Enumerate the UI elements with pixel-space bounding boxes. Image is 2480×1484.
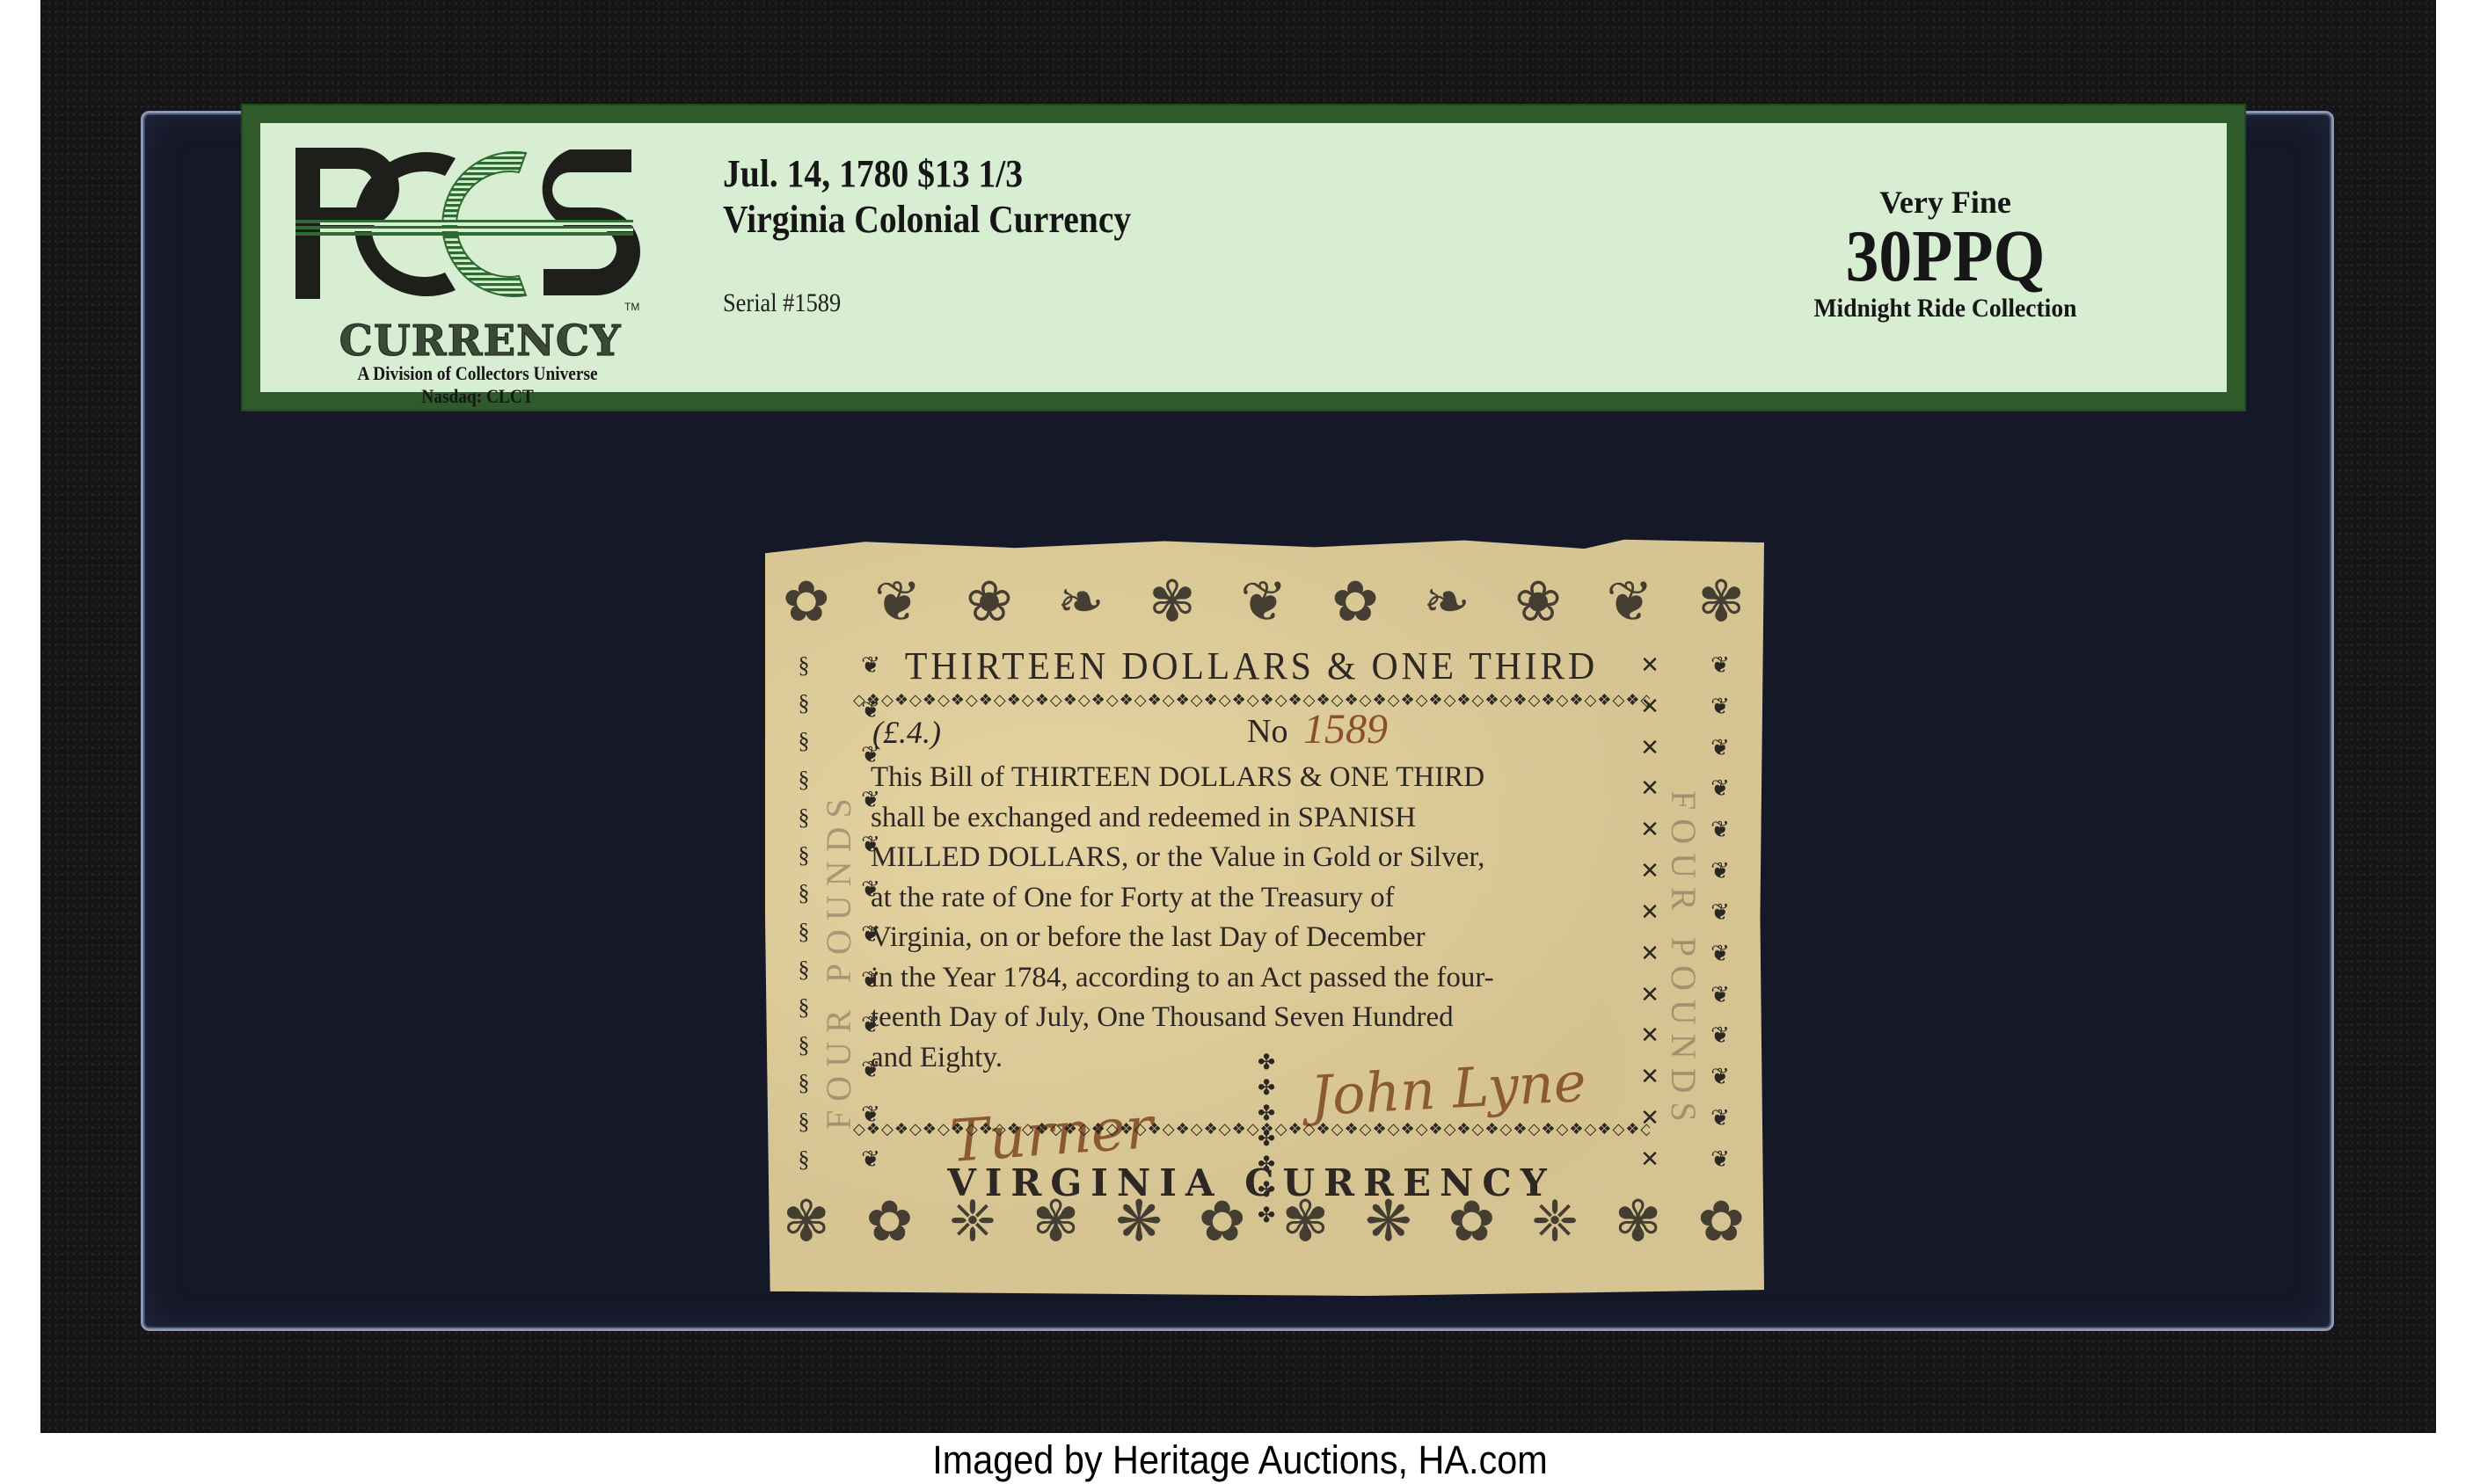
top-floral-border: ✿ ❦ ❀ ❧ ✾ ❦ ✿ ❧ ❀ ❦ ✾ xyxy=(783,554,1747,651)
scroll-ornament-icon: ❈ xyxy=(949,1189,998,1255)
denomination-mark: (£.4.) xyxy=(872,714,941,751)
division-line: A Division of Collectors Universe xyxy=(311,362,644,385)
flower-ornament-icon: ✿ xyxy=(1697,1189,1747,1255)
flower-ornament-icon: ✾ xyxy=(783,1189,832,1255)
image-credit-caption: Imaged by Heritage Auctions, HA.com xyxy=(99,1437,2381,1484)
body-line: Virginia, on or before the last Day of D… xyxy=(871,918,1652,958)
ornamental-rule: ◇❖◇❖◇❖◇❖◇❖◇❖◇❖◇❖◇❖◇❖◇❖◇❖◇❖◇❖◇❖◇❖◇❖◇❖◇❖◇❖… xyxy=(853,1120,1650,1139)
grade-block: Very Fine 30PPQ Midnight Ride Collection xyxy=(1778,185,2112,324)
ornamental-rule: ◇❖◇❖◇❖◇❖◇❖◇❖◇❖◇❖◇❖◇❖◇❖◇❖◇❖◇❖◇❖◇❖◇❖◇❖◇❖◇❖… xyxy=(853,691,1650,710)
flower-ornament-icon: ✿ xyxy=(1199,1189,1248,1255)
colonial-banknote: ✿ ❦ ❀ ❧ ✾ ❦ ✿ ❧ ❀ ❦ ✾ THIRTEEN DOLLARS &… xyxy=(765,538,1764,1296)
body-line: shall be exchanged and redeemed in SPANI… xyxy=(871,798,1652,839)
logo-currency-word: CURRENCY xyxy=(304,316,656,366)
signature-right: John Lyne xyxy=(1309,1050,1587,1128)
flower-ornament-icon: ✾ xyxy=(1149,570,1198,635)
left-outer-scroll-border: §§§§§§§§§§§§§§ xyxy=(786,652,821,1173)
note-date-denomination: Jul. 14, 1780 $13 1/3 xyxy=(723,151,1131,197)
leaf-ornament-icon: ❧ xyxy=(1423,570,1472,635)
collection-name: Midnight Ride Collection xyxy=(1791,294,2099,324)
flower-ornament-icon: ✾ xyxy=(1615,1189,1664,1255)
left-vertical-text: FOUR POUNDS xyxy=(818,714,853,1206)
leaf-ornament-icon: ❦ xyxy=(1240,570,1289,635)
note-body-text: This Bill of THIRTEEN DOLLARS & ONE THIR… xyxy=(871,758,1652,1078)
flower-ornament-icon: ✿ xyxy=(1448,1189,1498,1255)
flower-ornament-icon: ✾ xyxy=(1281,1189,1331,1255)
scroll-ornament-icon: ❋ xyxy=(1365,1189,1414,1255)
leaf-ornament-icon: ❧ xyxy=(1057,570,1106,635)
grade-numeric: 30PPQ xyxy=(1795,220,2096,294)
body-line: at the rate of One for Forty at the Trea… xyxy=(871,878,1652,919)
body-line: teenth Day of July, One Thousand Seven H… xyxy=(871,998,1652,1038)
handwritten-serial: 1589 xyxy=(1303,705,1388,753)
grade-adjectival: Very Fine xyxy=(1778,185,2112,220)
label-panel: TM CURRENCY A Division of Collectors Uni… xyxy=(260,123,2227,392)
leaf-ornament-icon: ❦ xyxy=(1606,570,1655,635)
note-issuer: Virginia Colonial Currency xyxy=(723,197,1131,243)
flower-ornament-icon: ❀ xyxy=(966,570,1015,635)
flower-ornament-icon: ✿ xyxy=(1331,570,1381,635)
scroll-ornament-icon: ❋ xyxy=(1115,1189,1164,1255)
flower-ornament-icon: ❀ xyxy=(1514,570,1564,635)
leaf-ornament-icon: ❦ xyxy=(874,570,923,635)
right-outer-scroll-border: ❦❦❦❦❦❦❦❦❦❦❦❦❦ xyxy=(1703,652,1738,1173)
pcgs-logo: TM CURRENCY A Division of Collectors Uni… xyxy=(280,141,649,404)
flower-ornament-icon: ✿ xyxy=(783,570,832,635)
logo-division-text: A Division of Collectors Universe Nasdaq… xyxy=(311,362,644,408)
body-line: in the Year 1784, according to an Act pa… xyxy=(871,958,1652,999)
serial-number: Serial #1589 xyxy=(723,288,1122,318)
flower-ornament-icon: ✾ xyxy=(1032,1189,1082,1255)
trademark-mark: TM xyxy=(624,301,639,313)
flower-ornament-icon: ✿ xyxy=(866,1189,915,1255)
body-line: This Bill of THIRTEEN DOLLARS & ONE THIR… xyxy=(871,758,1652,798)
flower-ornament-icon: ✾ xyxy=(1697,570,1747,635)
note-info: Jul. 14, 1780 $13 1/3 Virginia Colonial … xyxy=(723,151,1177,318)
body-line: MILLED DOLLARS, or the Value in Gold or … xyxy=(871,838,1652,878)
nasdaq-line: Nasdaq: CLCT xyxy=(311,385,644,408)
pcgs-logo-icon xyxy=(280,141,649,308)
right-vertical-text: FOUR POUNDS xyxy=(1669,714,1704,1206)
pcgs-label: TM CURRENCY A Division of Collectors Uni… xyxy=(243,105,2244,410)
note-heading: THIRTEEN DOLLARS & ONE THIRD xyxy=(873,644,1630,688)
bottom-floral-border: ✾ ✿ ❈ ✾ ❋ ✿ ✾ ❋ ✿ ❈ ✾ ✿ xyxy=(783,1178,1747,1266)
scroll-ornament-icon: ❈ xyxy=(1531,1189,1580,1255)
number-label: No xyxy=(1247,712,1287,751)
